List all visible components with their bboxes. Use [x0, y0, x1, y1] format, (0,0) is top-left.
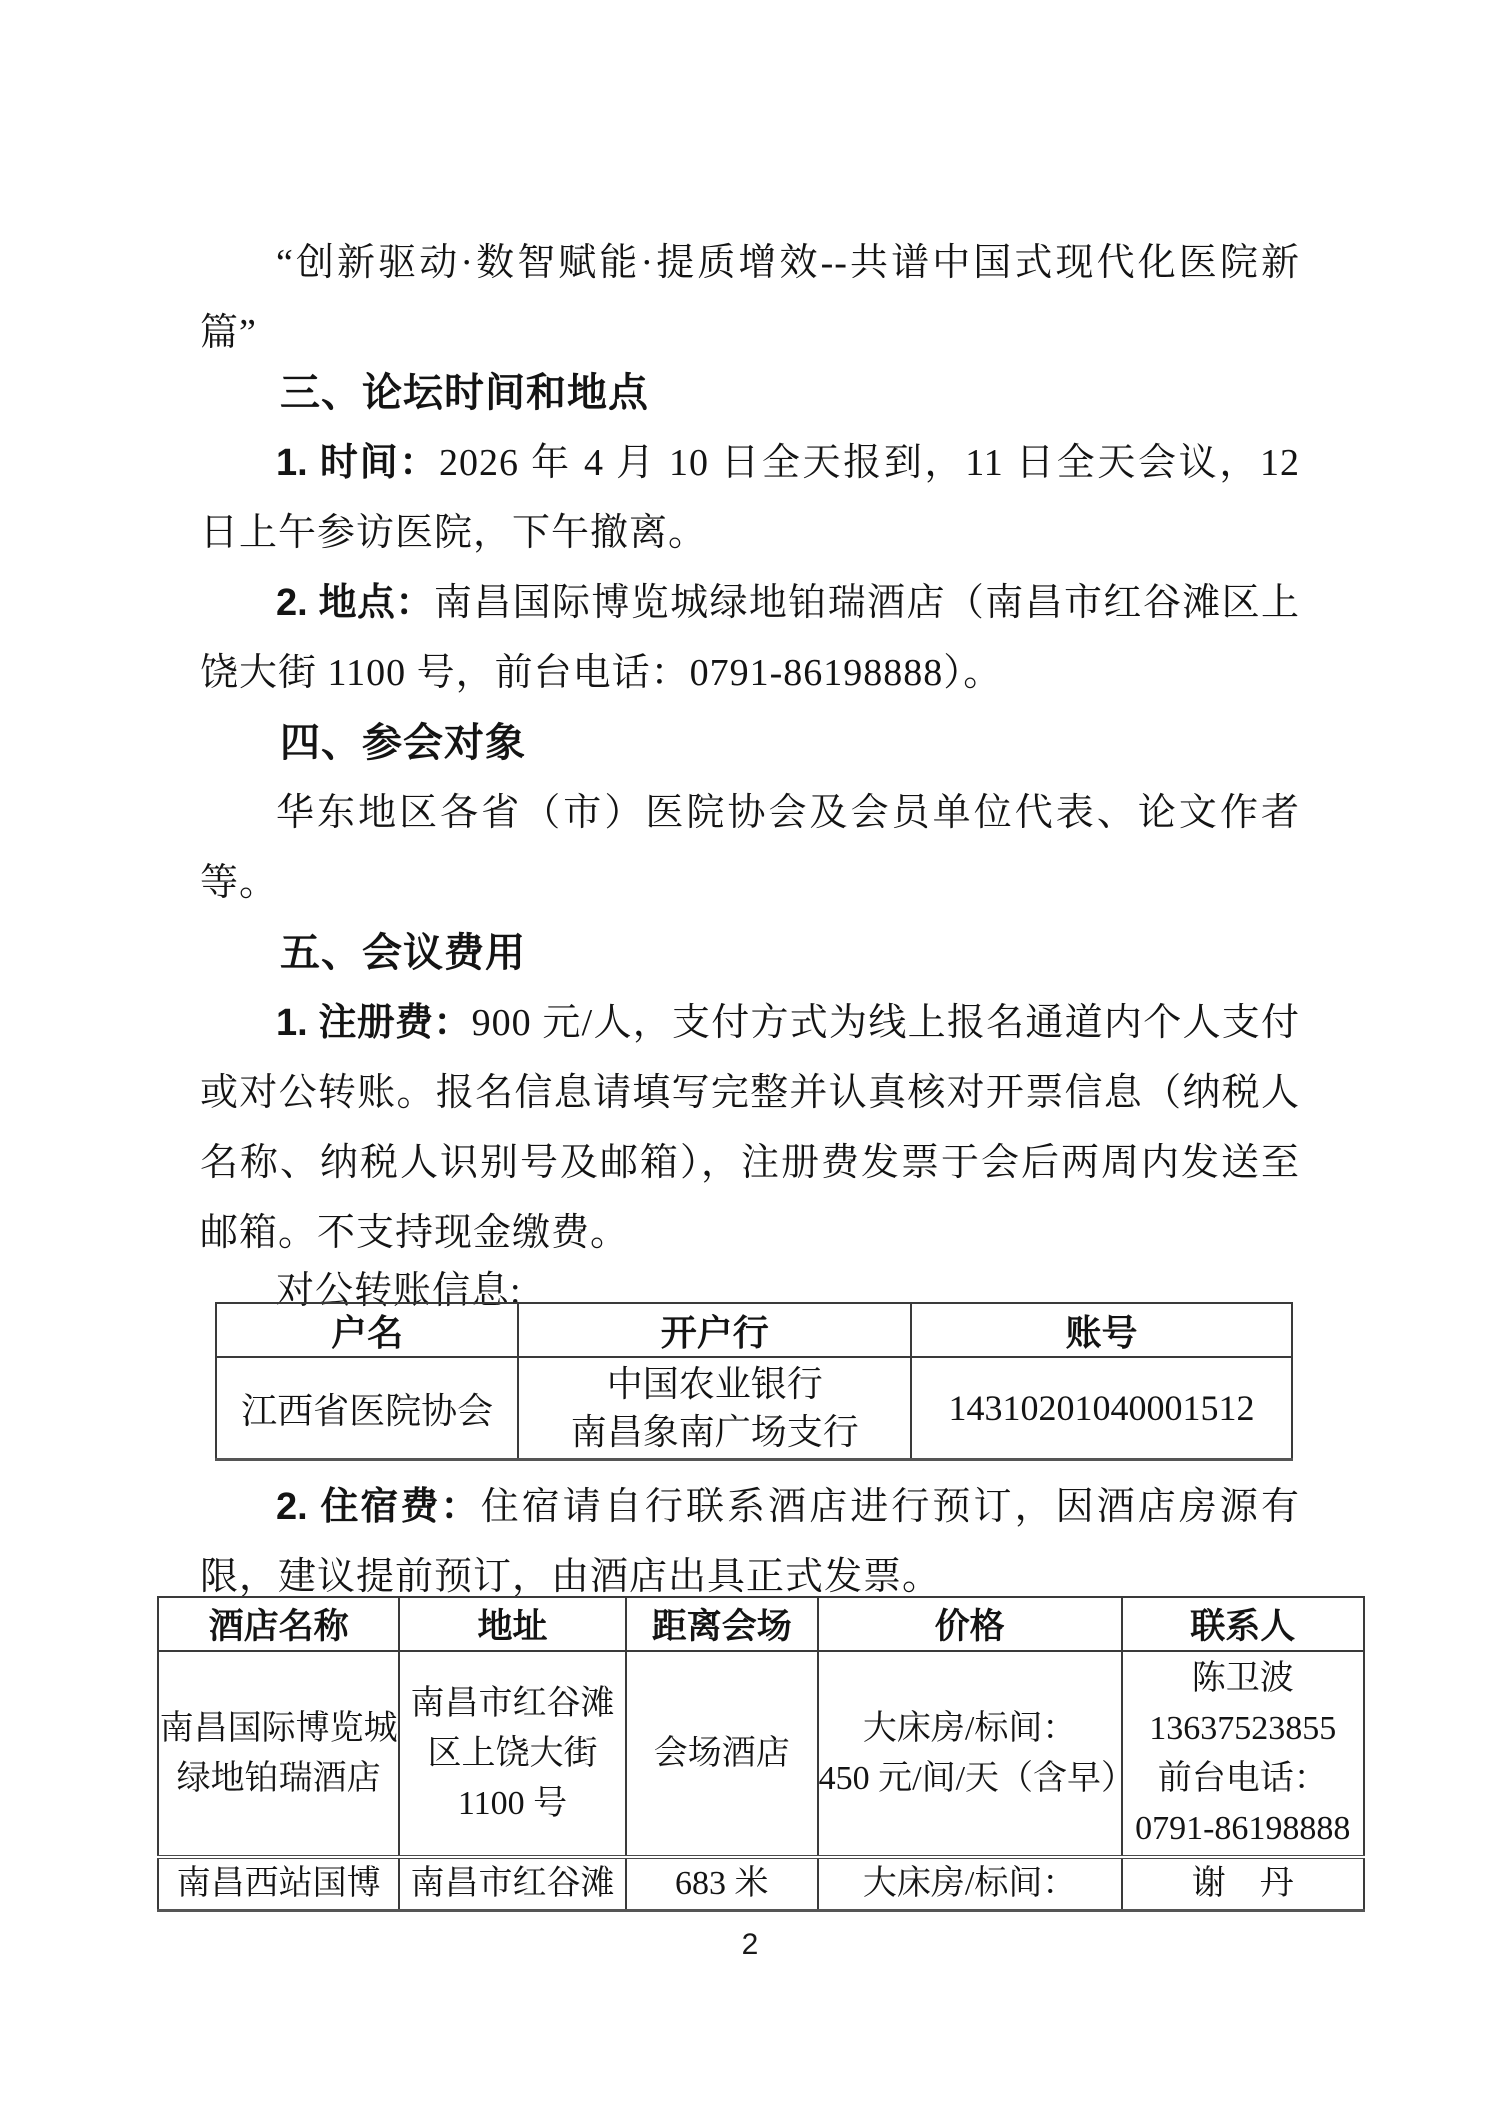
hotel-address-cell: 南昌市红谷滩 — [399, 1857, 626, 1911]
lodging-fee-label: 2. 住宿费： — [276, 1486, 481, 1528]
hotel-header-distance: 距离会场 — [626, 1597, 818, 1651]
hotel-name-cell: 南昌国际博览城 绿地铂瑞酒店 — [158, 1651, 399, 1857]
registration-fee-label: 1. 注册费： — [276, 1002, 472, 1044]
hotel-address-line: 南昌市红谷滩 — [400, 1859, 625, 1909]
venue-paragraph: 2. 地点：南昌国际博览城绿地铂瑞酒店（南昌市红谷滩区上饶大街 1100 号，前… — [200, 568, 1300, 708]
attendees-paragraph: 华东地区各省（市）医院协会及会员单位代表、论文作者等。 — [200, 778, 1300, 918]
bank-table-header-row: 户名 开户行 账号 — [216, 1303, 1292, 1357]
section3-heading: 三、论坛时间和地点 — [200, 358, 1300, 428]
bank-name-line: 中国农业银行 — [519, 1360, 910, 1408]
hotel-table: 酒店名称 地址 距离会场 价格 联系人 南昌国际博览城 绿地铂瑞酒店 南昌市红谷… — [157, 1596, 1365, 1912]
time-paragraph: 1. 时间：2026 年 4 月 10 日全天报到，11 日全天会议，12 日上… — [200, 428, 1300, 568]
hotel-contact-cell: 谢 丹 — [1122, 1857, 1364, 1911]
hotel-contact-cell: 陈卫波 13637523855 前台电话： 0791-86198888 — [1122, 1651, 1364, 1857]
hotel-contact-line: 陈卫波 — [1123, 1654, 1363, 1704]
hotel-header-price: 价格 — [818, 1597, 1122, 1651]
hotel-name-cell: 南昌西站国博 — [158, 1857, 399, 1911]
hotel-contact-line: 前台电话： — [1123, 1754, 1363, 1804]
hotel-name-line: 南昌西站国博 — [159, 1859, 398, 1909]
hotel-header-address: 地址 — [399, 1597, 626, 1651]
bank-header-account-number: 账号 — [911, 1303, 1292, 1357]
hotel-price-line: 大床房/标间： — [819, 1859, 1121, 1909]
bank-transfer-table: 户名 开户行 账号 江西省医院协会 中国农业银行 南昌象南广场支行 143102… — [215, 1302, 1293, 1461]
hotel-name-line: 南昌国际博览城 — [159, 1704, 398, 1754]
hotel-distance-cell: 683 米 — [626, 1857, 818, 1911]
forum-theme-title: “创新驱动·数智赋能·提质增效--共谱中国式现代化医院新篇” — [200, 228, 1300, 368]
venue-label: 2. 地点： — [276, 582, 434, 624]
hotel-row-platinum: 南昌国际博览城 绿地铂瑞酒店 南昌市红谷滩 区上饶大街 1100 号 会场酒店 … — [158, 1651, 1364, 1857]
bank-header-bank: 开户行 — [518, 1303, 911, 1357]
section5-heading: 五、会议费用 — [200, 918, 1300, 988]
hotel-table-header-row: 酒店名称 地址 距离会场 价格 联系人 — [158, 1597, 1364, 1651]
hotel-price-cell: 大床房/标间： 450 元/间/天（含早） — [818, 1651, 1122, 1857]
hotel-header-name: 酒店名称 — [158, 1597, 399, 1651]
hotel-contact-line: 13637523855 — [1123, 1704, 1363, 1754]
hotel-name-line: 绿地铂瑞酒店 — [159, 1754, 398, 1804]
bank-header-account-name: 户名 — [216, 1303, 518, 1357]
hotel-contact-line: 0791-86198888 — [1123, 1804, 1363, 1854]
bank-branch-line: 南昌象南广场支行 — [519, 1408, 910, 1456]
hotel-address-cell: 南昌市红谷滩 区上饶大街 1100 号 — [399, 1651, 626, 1857]
lodging-fee-paragraph: 2. 住宿费：住宿请自行联系酒店进行预订，因酒店房源有限，建议提前预订，由酒店出… — [200, 1472, 1300, 1612]
time-label: 1. 时间： — [276, 442, 439, 484]
hotel-distance-cell: 会场酒店 — [626, 1651, 818, 1857]
hotel-distance-line: 683 米 — [627, 1859, 817, 1909]
page-number: 2 — [0, 1928, 1500, 1962]
hotel-address-line: 1100 号 — [400, 1779, 625, 1829]
hotel-price-line: 大床房/标间： — [819, 1704, 1121, 1754]
hotel-address-line: 南昌市红谷滩 — [400, 1679, 625, 1729]
hotel-contact-line: 谢 丹 — [1123, 1859, 1363, 1909]
forum-theme-text: “创新驱动·数智赋能·提质增效--共谱中国式现代化医院新篇” — [200, 242, 1300, 354]
hotel-header-contact: 联系人 — [1122, 1597, 1364, 1651]
section4-heading: 四、参会对象 — [200, 708, 1300, 778]
hotel-price-line: 450 元/间/天（含早） — [819, 1754, 1121, 1804]
bank-table-data-row: 江西省医院协会 中国农业银行 南昌象南广场支行 1431020104000151… — [216, 1357, 1292, 1460]
hotel-distance-line: 会场酒店 — [627, 1729, 817, 1779]
hotel-row-guobo: 南昌西站国博 南昌市红谷滩 683 米 大床房/标间： 谢 丹 — [158, 1857, 1364, 1911]
hotel-address-line: 区上饶大街 — [400, 1729, 625, 1779]
bank-cell-account-name: 江西省医院协会 — [216, 1357, 518, 1460]
bank-cell-account-number: 14310201040001512 — [911, 1357, 1292, 1460]
registration-fee-paragraph: 1. 注册费：900 元/人，支付方式为线上报名通道内个人支付或对公转账。报名信… — [200, 988, 1300, 1268]
hotel-price-cell: 大床房/标间： — [818, 1857, 1122, 1911]
bank-cell-bank: 中国农业银行 南昌象南广场支行 — [518, 1357, 911, 1460]
document-page: “创新驱动·数智赋能·提质增效--共谱中国式现代化医院新篇” 三、论坛时间和地点… — [0, 0, 1500, 2120]
